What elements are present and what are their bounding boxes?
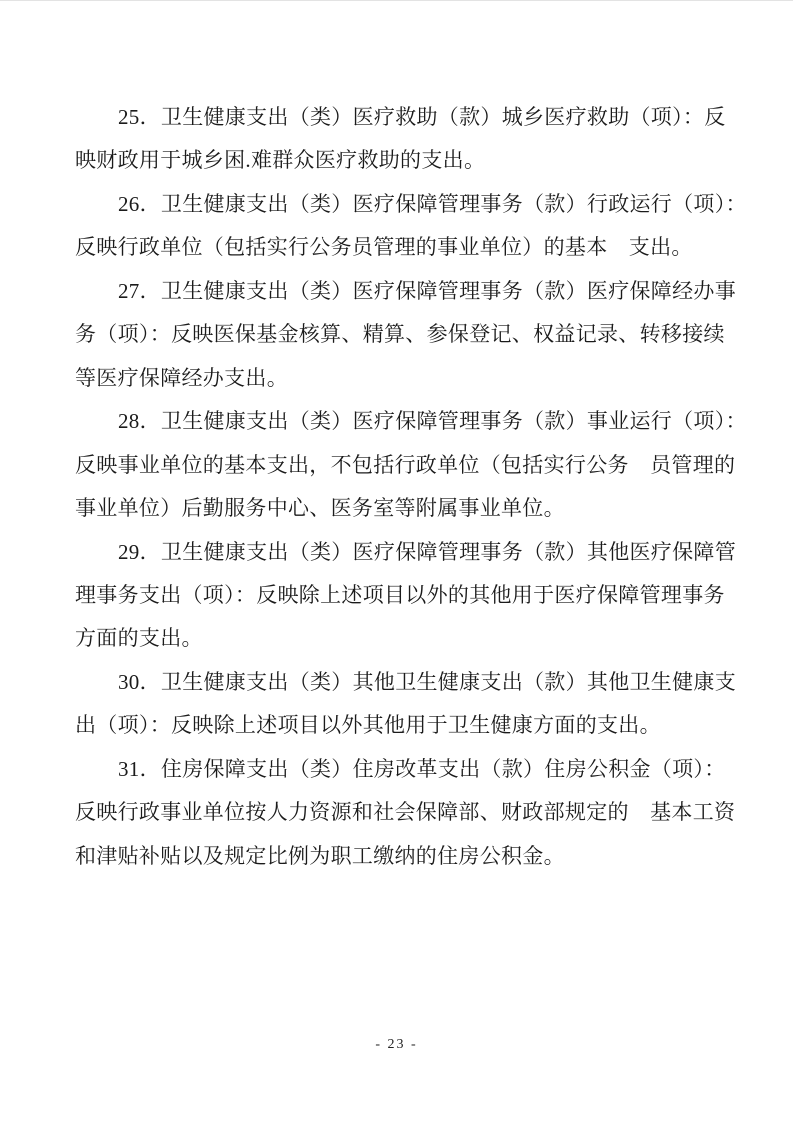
paragraph-29-line-3: 方面的支出。 xyxy=(75,617,747,660)
paragraph-28-line-3: 事业单位）后勤服务中心、医务室等附属事业单位。 xyxy=(75,487,747,530)
paragraph-25-line-1: 25．卫生健康支出（类）医疗救助（款）城乡医疗救助（项）：反 xyxy=(75,96,747,139)
paragraph-25-line-2: 映财政用于城乡困.难群众医疗救助的支出。 xyxy=(75,139,747,182)
paragraph-27-line-2: 务（项）：反映医保基金核算、精算、参保登记、权益记录、转移接续 xyxy=(75,313,747,356)
paragraph-28-line-2: 反映事业单位的基本支出，不包括行政单位（包括实行公务 员管理的 xyxy=(75,444,747,487)
paragraph-31-line-3: 和津贴补贴以及规定比例为职工缴纳的住房公积金。 xyxy=(75,835,747,878)
paragraph-30-line-1: 30．卫生健康支出（类）其他卫生健康支出（款）其他卫生健康支 xyxy=(75,661,747,704)
paragraph-26-line-1: 26．卫生健康支出（类）医疗保障管理事务（款）行政运行（项）： xyxy=(75,183,747,226)
paragraph-27-line-1: 27．卫生健康支出（类）医疗保障管理事务（款）医疗保障经办事 xyxy=(75,270,747,313)
paragraph-26-line-2: 反映行政单位（包括实行公务员管理的事业单位）的基本 支出。 xyxy=(75,226,747,269)
paragraph-28-line-1: 28．卫生健康支出（类）医疗保障管理事务（款）事业运行（项）： xyxy=(75,400,747,443)
paragraph-31-line-1: 31．住房保障支出（类）住房改革支出（款）住房公积金（项）： xyxy=(75,748,747,791)
page-number: - 23 - xyxy=(0,1037,793,1053)
paragraph-31-line-2: 反映行政事业单位按人力资源和社会保障部、财政部规定的 基本工资 xyxy=(75,791,747,834)
document-body: 25．卫生健康支出（类）医疗救助（款）城乡医疗救助（项）：反映财政用于城乡困.难… xyxy=(75,96,747,878)
paragraph-27-line-3: 等医疗保障经办支出。 xyxy=(75,357,747,400)
paragraph-29-line-1: 29．卫生健康支出（类）医疗保障管理事务（款）其他医疗保障管 xyxy=(75,531,747,574)
paragraph-30-line-2: 出（项）：反映除上述项目以外其他用于卫生健康方面的支出。 xyxy=(75,704,747,747)
document-page: 25．卫生健康支出（类）医疗救助（款）城乡医疗救助（项）：反映财政用于城乡困.难… xyxy=(0,0,793,1122)
paragraph-29-line-2: 理事务支出（项）：反映除上述项目以外的其他用于医疗保障管理事务 xyxy=(75,574,747,617)
